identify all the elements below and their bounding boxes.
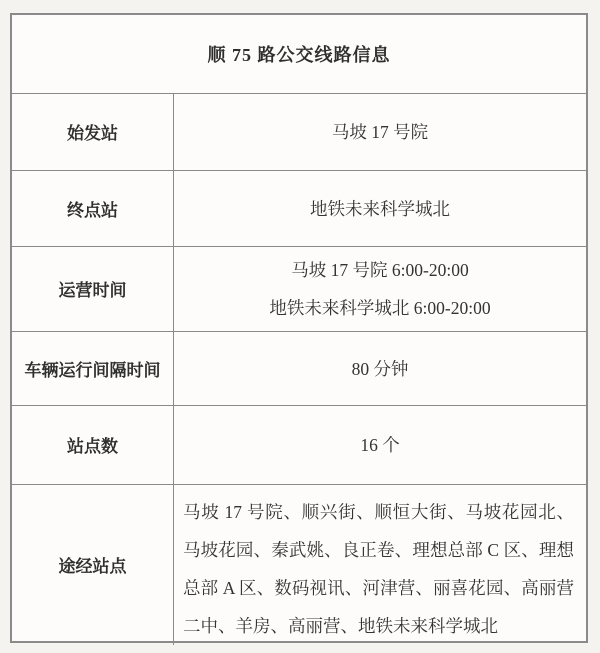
station-count-label: 站点数 xyxy=(12,406,174,484)
bus-route-info-table: 顺 75 路公交线路信息 始发站 马坡 17 号院 终点站 地铁未来科学城北 运… xyxy=(10,13,588,643)
start-station-value: 马坡 17 号院 xyxy=(174,94,586,170)
interval-time-label: 车辆运行间隔时间 xyxy=(12,332,174,406)
start-station-label: 始发站 xyxy=(12,94,174,170)
table-row-end-station: 终点站 地铁未来科学城北 xyxy=(12,170,586,247)
stops-along-route-value: 马坡 17 号院、顺兴街、顺恒大街、马坡花园北、马坡花园、秦武姚、良正卷、理想总… xyxy=(174,485,586,646)
interval-time-value: 80 分钟 xyxy=(174,332,586,406)
operating-hours-value: 马坡 17 号院 6:00-20:00 地铁未来科学城北 6:00-20:00 xyxy=(174,247,586,331)
table-row-station-count: 站点数 16 个 xyxy=(12,405,586,484)
end-station-value: 地铁未来科学城北 xyxy=(174,171,586,247)
stops-along-route-label: 途经站点 xyxy=(12,485,174,646)
table-title-row: 顺 75 路公交线路信息 xyxy=(12,15,586,93)
end-station-label: 终点站 xyxy=(12,171,174,247)
table-row-start-station: 始发站 马坡 17 号院 xyxy=(12,93,586,170)
operating-hours-line-1: 马坡 17 号院 6:00-20:00 xyxy=(291,251,468,289)
station-count-value: 16 个 xyxy=(174,406,586,484)
table-row-interval-time: 车辆运行间隔时间 80 分钟 xyxy=(12,331,586,406)
table-row-stops-along-route: 途经站点 马坡 17 号院、顺兴街、顺恒大街、马坡花园北、马坡花园、秦武姚、良正… xyxy=(12,484,586,646)
operating-hours-line-2: 地铁未来科学城北 6:00-20:00 xyxy=(269,289,490,327)
table-title: 顺 75 路公交线路信息 xyxy=(208,41,391,67)
operating-hours-label: 运营时间 xyxy=(12,247,174,331)
table-row-operating-hours: 运营时间 马坡 17 号院 6:00-20:00 地铁未来科学城北 6:00-2… xyxy=(12,246,586,331)
page-background: 顺 75 路公交线路信息 始发站 马坡 17 号院 终点站 地铁未来科学城北 运… xyxy=(0,0,600,653)
